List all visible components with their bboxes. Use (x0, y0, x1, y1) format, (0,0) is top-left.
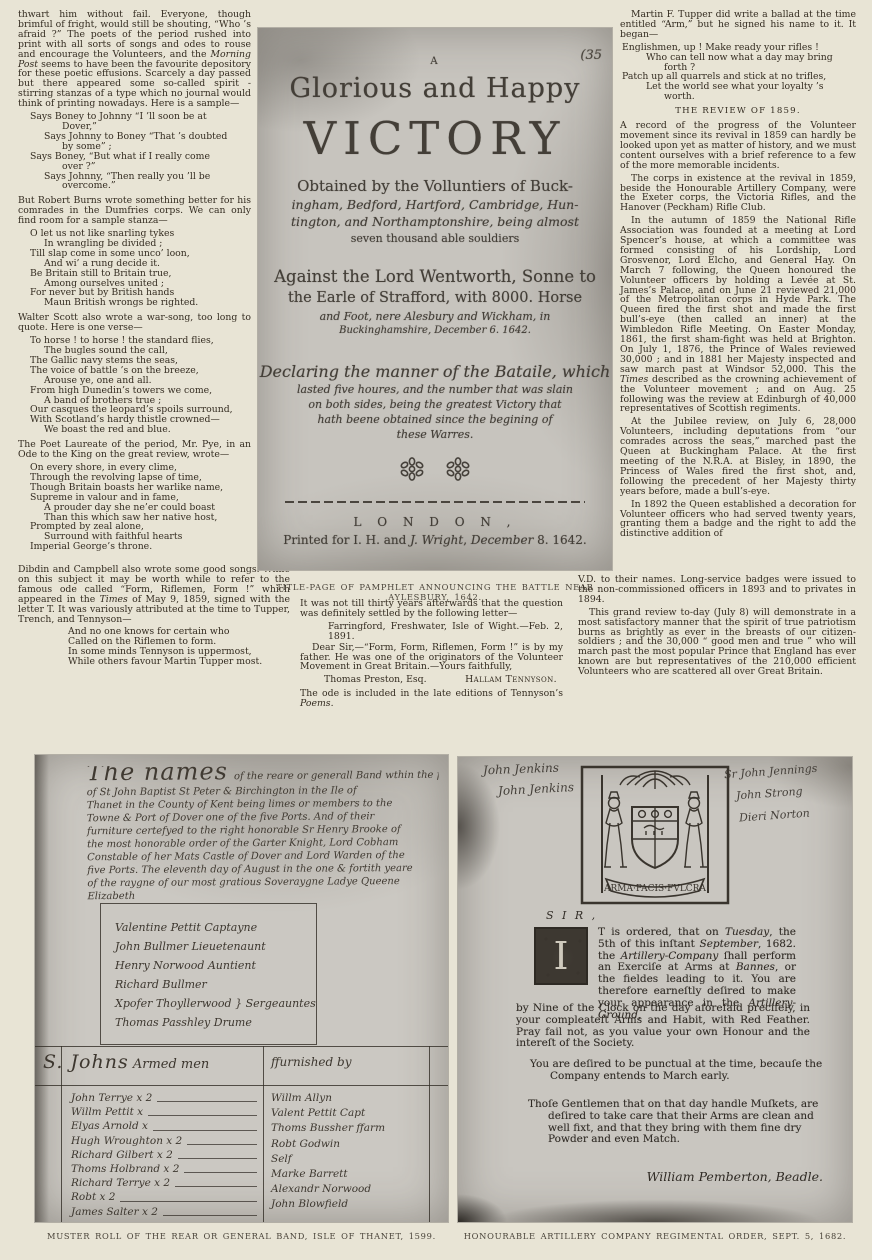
letter-addressee: Thomas Preston, Esq. (324, 675, 427, 685)
text-segment: . (331, 698, 334, 709)
text-segment: The ode is included in the late editions… (300, 688, 563, 699)
text-line: Richard Gilbert x 2 (71, 1148, 259, 1162)
text-line: tington, and Northamptonshire, being alm… (258, 214, 612, 229)
article-paragraph: The corps in existence at the revival in… (620, 174, 856, 214)
article-paragraph: Martin F. Tupper did write a ballad at t… (620, 10, 856, 40)
text-line: lasted five houres, and the number that … (258, 383, 612, 396)
text-line: these Warres. (258, 428, 612, 441)
text-line: Elizabeth (87, 888, 439, 903)
text-line: Against the Lord Wentworth, Sonne to (258, 267, 612, 286)
pamphlet-title-page: (35 AGlorious and HappyVICTORYObtained b… (258, 28, 612, 570)
text-segment: Poems (300, 698, 331, 709)
table-rule (263, 1046, 264, 1222)
text-line: Obtained by the Volluntiers of Buck- (258, 177, 612, 195)
text-line: Willm Pettit x (71, 1105, 259, 1119)
text-line: John Terrye x 2 (71, 1091, 259, 1105)
text-segment: J. Wright (410, 533, 463, 547)
text-segment: Dear Sir,—“Form, Form, Riflemen, Form !”… (300, 642, 563, 673)
text-line: the Earle of Strafford, with 8000. Horse (258, 290, 612, 306)
newspaper-page: thwart him without fail. Everyone, thoug… (0, 0, 872, 1260)
text-segment: , (463, 533, 471, 547)
text-line: Henry Norwood Auntient (115, 956, 316, 975)
ruled-dash (157, 1091, 257, 1102)
article-paragraph: At the Jubilee review, on July 6, 28,000… (620, 417, 856, 496)
text-line: A (258, 28, 612, 67)
muster-header-rest: Armed men (129, 1057, 210, 1072)
printer-rule (285, 501, 585, 503)
text-segment: described as the crowning achievement of… (620, 374, 856, 415)
text-segment: seems to have been the favourite deposit… (18, 59, 251, 110)
text-line: Thoms Holbrand x 2 (71, 1162, 259, 1176)
text-line: over ?” (62, 162, 251, 172)
text-line: Elyas Arnold x (71, 1119, 259, 1133)
poem-boney-johnny: Says Boney to Johnny “I ’ll soon be atDo… (18, 112, 251, 191)
article-column-right-lower: V.D. to their names. Long-service badges… (578, 575, 856, 680)
text-segment: 8. 1642. (533, 533, 586, 547)
printer-ornament-icon (445, 457, 471, 481)
order-paragraph: Thoſe Gentlemen that on that day handle … (528, 1099, 834, 1146)
article-paragraph: In 1892 the Queen established a decorati… (620, 500, 856, 540)
letter-dateline: Farringford, Freshwater, Isle of Wight.—… (328, 622, 563, 642)
text-line: Valentine Pettit Captayne (115, 918, 316, 937)
text-line: James Salter x 2 (71, 1205, 259, 1219)
pamphlet-text-lines: AGlorious and HappyVICTORYObtained by th… (258, 28, 612, 441)
text-line: A prouder day she ne’er could boast (44, 503, 251, 513)
text-line: Xpofer Thoyllerwood } Sergeauntes (115, 994, 316, 1013)
ruled-dash (175, 1176, 257, 1187)
order-paragraph: by Nine of the Clock on the day aforeſai… (516, 1003, 810, 1050)
text-line: seven thousand able souldiers (258, 232, 612, 245)
figure-muster-roll-photo: The namesof the reare or generall Band w… (35, 755, 448, 1222)
article-paragraph: The ode is included in the late editions… (300, 689, 563, 709)
ruled-dash (187, 1134, 257, 1145)
text-line: Thoms Bussher ffarm (271, 1121, 423, 1136)
text-line: Marke Barrett (271, 1167, 423, 1182)
ruled-dash (153, 1119, 257, 1130)
text-line: Thomas Passhley Drume (115, 1013, 316, 1032)
text-segment: But Robert Burns wrote something better … (18, 195, 251, 226)
article-column-left-lower: Dibdin and Campbell also wrote some good… (18, 565, 290, 672)
text-line: Thanet in the County of Kent being limes… (87, 797, 439, 812)
imprint-line: Printed for I. H. and J. Wright, Decembe… (258, 533, 612, 547)
printer-ornaments (258, 457, 612, 485)
poem-pye: On every shore, in every clime,Through t… (18, 463, 251, 552)
text-segment: This grand review to-day (July 8) will d… (578, 607, 856, 677)
figure-caption: HONOURABLE ARTILLERY COMPANY REGIMENTAL … (458, 1231, 852, 1241)
text-line: Alexandr Norwood (271, 1182, 423, 1197)
muster-armed-men-list: John Terrye x 2Willm Pettit xElyas Arnol… (71, 1091, 259, 1219)
text-segment: Martin F. Tupper did write a ballad at t… (620, 9, 856, 40)
text-line: Maun British wrongs be righted. (44, 298, 251, 308)
text-segment: Artillery-Company (621, 950, 719, 962)
text-segment: A record of the progress of the Voluntee… (620, 120, 856, 171)
text-line: VICTORY (258, 112, 612, 165)
table-rule (35, 1046, 448, 1047)
text-line: John Blowfield (271, 1197, 423, 1212)
text-segment: In the autumn of 1859 the National Rifle… (620, 215, 856, 375)
table-rule (35, 1085, 448, 1086)
poem-scott: To horse ! to horse ! the standard flies… (18, 336, 251, 435)
text-line: of the raygne of our most gratious Sover… (87, 875, 439, 890)
muster-preamble-text: of the reare or generall Band wthin the … (234, 770, 439, 783)
muster-furnishers-list: Willm AllynValent Pettit CaptThoms Bussh… (271, 1091, 423, 1213)
text-line: John Bullmer Lieuetenaunt (115, 937, 316, 956)
text-segment: It was not till thirty years afterwards … (300, 598, 563, 619)
ruled-dash (184, 1162, 257, 1173)
text-segment: In 1892 the Queen established a decorati… (620, 499, 856, 540)
imprint-city: L O N D O N , (258, 515, 612, 529)
text-segment: September (700, 938, 758, 950)
salutation: S I R , (546, 909, 598, 922)
text-segment: Walter Scott also wrote a war-song, too … (18, 312, 251, 333)
article-paragraph: Dibdin and Campbell also wrote some good… (18, 565, 290, 624)
poem-riflemen: And no one knows for certain whoCalled o… (18, 627, 290, 667)
handwritten-signature: Dieri Norton (739, 807, 811, 825)
text-segment: T is ordered, that on (598, 926, 725, 938)
text-line: ingham, Bedford, Hartford, Cambridge, Hu… (258, 197, 612, 212)
text-line: Richard Bullmer (115, 975, 316, 994)
text-line: Hugh Wroughton x 2 (71, 1134, 259, 1148)
text-line: Buckinghamshire, December 6. 1642. (258, 325, 612, 336)
figure-pamphlet-photo: (35 AGlorious and HappyVICTORYObtained b… (258, 28, 612, 570)
text-line: hath beene obtained since the begining o… (258, 413, 612, 426)
text-line: We boast the red and blue. (44, 425, 251, 435)
muster-table-header-left: S. Johns Armed men (43, 1051, 209, 1073)
text-line: Valent Pettit Capt (271, 1106, 423, 1121)
text-line: While others favour Martin Tupper most. (68, 657, 290, 667)
handwritten-signature: John Jenkins (483, 761, 559, 778)
text-segment: Thoſe Gentlemen that on that day handle … (528, 1098, 818, 1145)
text-line: Robt x 2 (71, 1190, 259, 1204)
handwritten-signature: Sr John Jennings (724, 762, 818, 781)
letter-signature: Hallam Tennyson. (465, 675, 557, 685)
ruled-dash (163, 1205, 257, 1216)
printer-ornament-icon (399, 457, 425, 481)
muster-preamble: The namesof the reare or generall Band w… (87, 764, 440, 903)
text-segment: Bannes (736, 961, 775, 973)
letter-signatures: Thomas Preston, Esq. Hallam Tennyson. (324, 675, 557, 685)
handwritten-signature: John Jenkins (498, 780, 575, 798)
text-line: Self (271, 1152, 423, 1167)
table-rule (429, 1046, 430, 1222)
text-segment: You are deſired to be punctual at the ti… (530, 1058, 822, 1082)
article-paragraph: The Poet Laureate of the period, Mr. Pye… (18, 440, 251, 460)
muster-preamble-lines: of St John Baptist St Peter & Birchingto… (87, 784, 440, 903)
letter-body: Dear Sir,—“Form, Form, Riflemen, Form !”… (300, 643, 563, 673)
handwritten-page-mark: (35 (580, 48, 602, 63)
text-segment: Printed for I. H. and (283, 533, 410, 547)
article-paragraph: This grand review to-day (July 8) will d… (578, 608, 856, 677)
text-line: Declaring the manner of the Bataile, whi… (258, 362, 612, 381)
beadle-signature: William Pemberton, Beadle. (598, 1169, 823, 1184)
text-segment: December (471, 533, 533, 547)
ruled-dash (148, 1105, 257, 1116)
article-paragraph: It was not till thirty years afterwards … (300, 599, 563, 619)
text-line: Willm Allyn (271, 1091, 423, 1106)
muster-preamble-first-line: The namesof the reare or generall Band w… (87, 764, 439, 784)
poem-burns: O let us not like snarling tykesIn wrang… (18, 229, 251, 308)
article-paragraph: A record of the progress of the Voluntee… (620, 121, 856, 171)
handwritten-signature: John Strong (736, 785, 803, 803)
text-line: Robt Godwin (271, 1137, 423, 1152)
section-heading: THE REVIEW OF 1859. (620, 107, 856, 117)
text-segment: by Nine of the Clock on the day aforeſai… (516, 1002, 810, 1049)
text-line: and Foot, nere Alesbury and Wickham, in (258, 310, 612, 323)
muster-parish-name: S. Johns (43, 1051, 129, 1073)
text-line: on both sides, being the greatest Victor… (258, 398, 612, 411)
article-column-left: thwart him without fail. Everyone, thoug… (18, 10, 251, 557)
article-paragraph: But Robert Burns wrote something better … (18, 196, 251, 226)
ruled-dash (120, 1190, 257, 1201)
order-paragraph: You are deſired to be punctual at the ti… (530, 1059, 832, 1083)
text-line: Richard Terrye x 2 (71, 1176, 259, 1190)
article-paragraph: In the autumn of 1859 the National Rifle… (620, 216, 856, 414)
article-paragraph: V.D. to their names. Long-service badges… (578, 575, 856, 605)
hac-coat-of-arms-icon: ARMA·PACIS·FVLCRA (580, 765, 730, 909)
text-segment: Tuesday (725, 926, 769, 938)
text-line: Glorious and Happy (258, 73, 612, 104)
text-line: overcome.” (62, 181, 251, 191)
article-paragraph: thwart him without fail. Everyone, thoug… (18, 10, 251, 109)
text-segment: At the Jubilee review, on July 6, 28,000… (620, 416, 856, 496)
article-column-middle: It was not till thirty years afterwards … (300, 599, 563, 712)
text-segment: The Poet Laureate of the period, Mr. Pye… (18, 439, 251, 460)
muster-officers-box: Valentine Pettit CaptayneJohn Bullmer Li… (100, 903, 317, 1045)
text-segment: The corps in existence at the revival in… (620, 173, 856, 214)
ruled-dash (178, 1148, 257, 1159)
text-segment: V.D. to their names. Long-service badges… (578, 574, 856, 605)
text-line: worth. (664, 92, 856, 102)
text-line: Imperial George’s throne. (30, 542, 251, 552)
article-paragraph: Walter Scott also wrote a war-song, too … (18, 313, 251, 333)
figure-hac-order-photo: John Jenkins John Jenkins Sr John Jennin… (458, 757, 852, 1222)
drop-cap-initial: I (534, 927, 588, 985)
poem-tupper: Englishmen, up ! Make ready your rifles … (620, 43, 856, 102)
figure-caption: MUSTER ROLL OF THE REAR OR GENERAL BAND,… (35, 1231, 448, 1241)
arms-motto: ARMA·PACIS·FVLCRA (603, 884, 706, 894)
muster-heading-script: The names (87, 764, 228, 784)
article-column-right: Martin F. Tupper did write a ballad at t… (620, 10, 856, 542)
muster-table-header-right: ffurnished by (271, 1055, 351, 1069)
